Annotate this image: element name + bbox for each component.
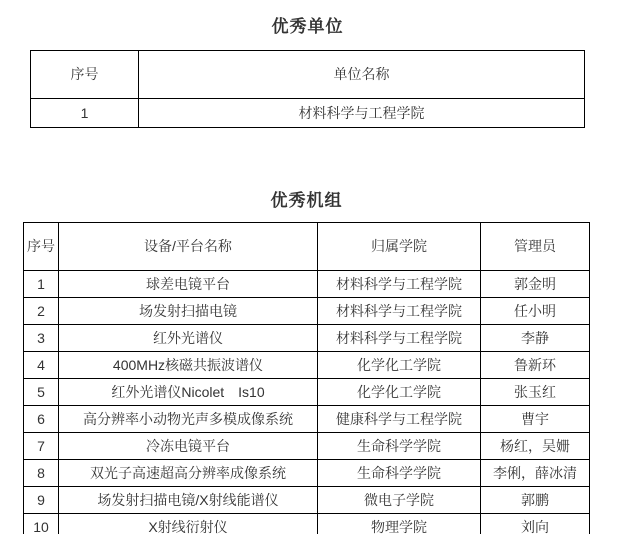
group-table-cell: 8 xyxy=(24,460,59,487)
group-table-cell: 任小明 xyxy=(481,298,590,325)
group-table-cell: 3 xyxy=(24,325,59,352)
group-table-cell: 4 xyxy=(24,352,59,379)
group-table-cell: 生命科学学院 xyxy=(318,460,481,487)
unit-table-header-cell: 序号 xyxy=(31,51,139,99)
unit-table-section: 优秀单位 序号单位名称1材料科学与工程学院 xyxy=(30,12,585,128)
group-table-cell: X射线衍射仪 xyxy=(59,514,318,534)
unit-table-cell: 1 xyxy=(31,99,139,128)
group-table-header-cell: 序号 xyxy=(24,223,59,271)
group-table-row: 9场发射扫描电镜/X射线能谱仪微电子学院郭鹏 xyxy=(24,487,590,514)
group-table-cell: 杨红，吴姗 xyxy=(481,433,590,460)
group-table-row: 10X射线衍射仪物理学院刘向 xyxy=(24,514,590,534)
unit-table-row: 1材料科学与工程学院 xyxy=(31,99,585,128)
group-table-cell: 场发射扫描电镜/X射线能谱仪 xyxy=(59,487,318,514)
group-table-header-row: 序号设备/平台名称归属学院管理员 xyxy=(24,223,590,271)
group-table-cell: 生命科学学院 xyxy=(318,433,481,460)
group-table-row: 7冷冻电镜平台生命科学学院杨红，吴姗 xyxy=(24,433,590,460)
unit-table-title: 优秀单位 xyxy=(30,12,585,37)
group-table-cell: 微电子学院 xyxy=(318,487,481,514)
group-table-header-cell: 归属学院 xyxy=(318,223,481,271)
group-table-row: 5红外光谱仪Nicolet Is10化学化工学院张玉红 xyxy=(24,379,590,406)
group-table-cell: 物理学院 xyxy=(318,514,481,534)
group-table-cell: 9 xyxy=(24,487,59,514)
unit-table: 序号单位名称1材料科学与工程学院 xyxy=(30,50,585,128)
group-table-cell: 5 xyxy=(24,379,59,406)
unit-table-header-cell: 单位名称 xyxy=(139,51,585,99)
group-table-cell: 郭鹏 xyxy=(481,487,590,514)
group-table-row: 4400MHz核磁共振波谱仪化学化工学院鲁新环 xyxy=(24,352,590,379)
group-table-title: 优秀机组 xyxy=(23,186,590,211)
group-table-cell: 2 xyxy=(24,298,59,325)
group-table-row: 1球差电镜平台材料科学与工程学院郭金明 xyxy=(24,271,590,298)
group-table-cell: 化学化工学院 xyxy=(318,352,481,379)
group-table-cell: 双光子高速超高分辨率成像系统 xyxy=(59,460,318,487)
group-table-row: 3红外光谱仪材料科学与工程学院李静 xyxy=(24,325,590,352)
group-table-cell: 材料科学与工程学院 xyxy=(318,298,481,325)
group-table-cell: 高分辨率小动物光声多模成像系统 xyxy=(59,406,318,433)
group-table-cell: 刘向 xyxy=(481,514,590,534)
group-table-cell: 冷冻电镜平台 xyxy=(59,433,318,460)
group-table-cell: 鲁新环 xyxy=(481,352,590,379)
group-table-cell: 曹宇 xyxy=(481,406,590,433)
group-table-cell: 10 xyxy=(24,514,59,534)
group-table-cell: 红外光谱仪 xyxy=(59,325,318,352)
group-table-cell: 健康科学与工程学院 xyxy=(318,406,481,433)
unit-table-cell: 材料科学与工程学院 xyxy=(139,99,585,128)
group-table-cell: 1 xyxy=(24,271,59,298)
group-table-row: 8双光子高速超高分辨率成像系统生命科学学院李俐，薛冰清 xyxy=(24,460,590,487)
group-table-cell: 张玉红 xyxy=(481,379,590,406)
group-table-cell: 7 xyxy=(24,433,59,460)
group-table-cell: 6 xyxy=(24,406,59,433)
group-table-row: 6高分辨率小动物光声多模成像系统健康科学与工程学院曹宇 xyxy=(24,406,590,433)
group-table-header-cell: 设备/平台名称 xyxy=(59,223,318,271)
group-table-cell: 球差电镜平台 xyxy=(59,271,318,298)
group-table-cell: 场发射扫描电镜 xyxy=(59,298,318,325)
group-table-cell: 李静 xyxy=(481,325,590,352)
group-table-cell: 400MHz核磁共振波谱仪 xyxy=(59,352,318,379)
group-table-row: 2场发射扫描电镜材料科学与工程学院任小明 xyxy=(24,298,590,325)
group-table-cell: 郭金明 xyxy=(481,271,590,298)
group-table-cell: 李俐，薛冰清 xyxy=(481,460,590,487)
group-table-cell: 红外光谱仪Nicolet Is10 xyxy=(59,379,318,406)
group-table: 序号设备/平台名称归属学院管理员1球差电镜平台材料科学与工程学院郭金明2场发射扫… xyxy=(23,222,590,534)
group-table-cell: 材料科学与工程学院 xyxy=(318,271,481,298)
group-table-header-cell: 管理员 xyxy=(481,223,590,271)
group-table-cell: 化学化工学院 xyxy=(318,379,481,406)
group-table-section: 优秀机组 序号设备/平台名称归属学院管理员1球差电镜平台材料科学与工程学院郭金明… xyxy=(23,186,590,534)
unit-table-header-row: 序号单位名称 xyxy=(31,51,585,99)
group-table-cell: 材料科学与工程学院 xyxy=(318,325,481,352)
document-page: 优秀单位 序号单位名称1材料科学与工程学院 优秀机组 序号设备/平台名称归属学院… xyxy=(0,12,617,534)
